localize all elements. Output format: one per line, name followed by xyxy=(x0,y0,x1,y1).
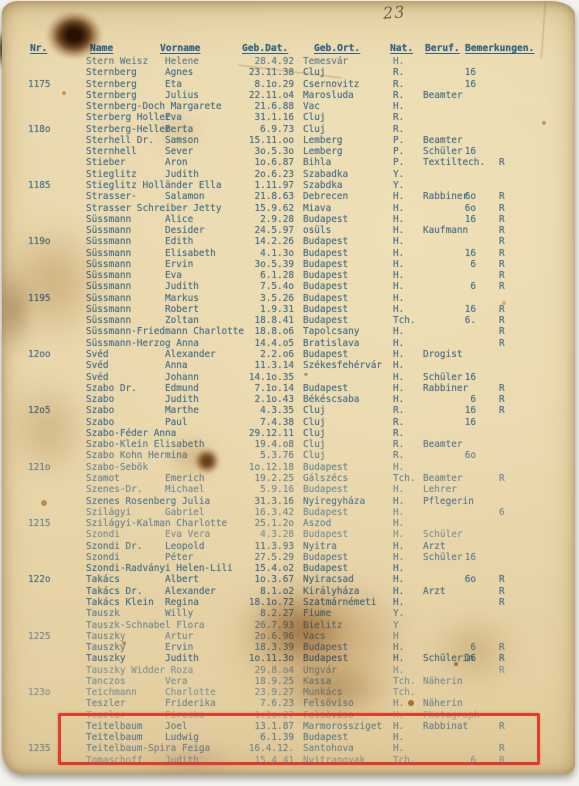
cell-b2: R xyxy=(499,248,505,259)
cell-nat: H. xyxy=(393,304,404,315)
cell-vorname: Judith xyxy=(165,281,199,292)
cell-name: Süssmann xyxy=(86,315,131,326)
cell-name: Süssmann-Herzog Anna xyxy=(86,338,199,349)
cell-ort: Budapest xyxy=(303,236,348,247)
cell-b1: 6o xyxy=(450,203,476,214)
cell-ort: Miava xyxy=(303,203,331,214)
header-nr: Nr. xyxy=(30,43,47,54)
cell-b2: R xyxy=(499,338,505,349)
cell-b2: R xyxy=(499,665,505,676)
cell-name: Süssmann xyxy=(86,214,131,225)
cell-nat: H. xyxy=(393,214,404,225)
cell-nr: 1175 xyxy=(28,79,68,90)
paper-sheet: 23 Nr. Name Vorname Geb.Dat. Geb.Ort. Na… xyxy=(2,1,575,774)
cell-dat: 16.3.42 xyxy=(228,507,294,518)
cell-nat: P. xyxy=(393,146,404,157)
cell-vorname: Péter xyxy=(165,552,193,563)
cell-ort: Tapolcsany xyxy=(303,326,359,337)
cell-ort: Budapest xyxy=(303,383,348,394)
cell-nat: H. xyxy=(393,372,404,383)
cell-b2: R xyxy=(499,326,505,337)
table-row: 1175SternbergEta8.1o.29CsernovitzR.16 xyxy=(2,79,575,90)
table-row: SzaboPaul7.4.38ClujR.16 xyxy=(2,417,575,428)
cell-beruf: Beamter xyxy=(423,90,463,101)
cell-name: Tauszk-Schnabel Flora xyxy=(86,620,205,631)
cell-ort: Cluj xyxy=(303,124,326,135)
table-row: Strasser Schreiber Jetty15.9.62MiavaH.6o… xyxy=(2,203,575,214)
cell-ort: Cluj xyxy=(303,112,326,123)
cell-name: Szenes Rosenberg Julia xyxy=(86,496,210,507)
cell-ort: Fiume xyxy=(303,608,331,619)
cell-dat: 29.8.o4 xyxy=(228,665,294,676)
cell-nat: H. xyxy=(393,563,404,574)
cell-dat: 15.4.o2 xyxy=(228,563,294,574)
cell-name: Sternberg xyxy=(86,90,137,101)
cell-b2: R xyxy=(499,214,505,225)
cell-nat: R. xyxy=(393,405,404,416)
cell-name: Szondi xyxy=(86,552,120,563)
cell-b2: R xyxy=(499,259,505,270)
cell-vorname: Marthe xyxy=(165,405,199,416)
cell-name: Sternberg xyxy=(86,67,137,78)
cell-name: Szabo-Féder Anna xyxy=(86,428,176,439)
cell-beruf: Kaufmann xyxy=(423,225,468,236)
cell-dat: 27.5.29 xyxy=(228,552,294,563)
table-row: SternbergJulius22.11.o4MarosludaR.Beamte… xyxy=(2,90,575,101)
cell-nat: H. xyxy=(393,484,404,495)
cell-nr: 123o xyxy=(28,687,68,698)
cell-dat: 2o.6.23 xyxy=(228,169,294,180)
cell-ort: Temesvár xyxy=(303,56,348,67)
cell-name: Takács Klein xyxy=(86,597,154,608)
table-row: SvédJohann14.1o.35"H.Schüler16 xyxy=(2,372,575,383)
cell-vorname: Sever xyxy=(165,146,193,157)
cell-nat: H. xyxy=(393,698,404,709)
table-row: StieglitzJudith2o.6.23SzabadkaY. xyxy=(2,169,575,180)
table-row: SüssmannAlice2.9.28BudapestH.16R xyxy=(2,214,575,225)
cell-dat: 2.1o.43 xyxy=(228,394,294,405)
cell-dat: 23.11.38 xyxy=(228,67,294,78)
cell-name: Strasser- xyxy=(86,191,137,202)
cell-dat: 5.9.16 xyxy=(228,484,294,495)
cell-b1: 16 xyxy=(450,653,476,664)
table-row: Süssmann-Friedmann Charlotte18.8.o6Tapol… xyxy=(2,326,575,337)
header-geb-dat: Geb.Dat. xyxy=(242,43,288,54)
cell-vorname: Johann xyxy=(165,372,199,383)
cell-ort: Budapest xyxy=(303,259,348,270)
cell-vorname: Edith xyxy=(165,236,193,247)
cell-nat: H. xyxy=(393,360,404,371)
cell-vorname: Eva Vera xyxy=(165,529,210,540)
header-name: Name xyxy=(90,43,113,54)
cell-ort: Lemberg xyxy=(303,146,343,157)
cell-vorname: Berta xyxy=(165,124,193,135)
cell-ort: Debrecen xyxy=(303,191,348,202)
cell-name: Süssmann xyxy=(86,304,131,315)
cell-ort: Cluj xyxy=(303,450,326,461)
cell-vorname: Artur xyxy=(165,631,193,642)
cell-name: Tauszky xyxy=(86,631,126,642)
cell-name: Stieglitz Holländer Ella xyxy=(86,180,221,191)
cell-ort: Budapest xyxy=(303,653,348,664)
table-row: SüssmannElisabeth4.1.3oBudapestH.16R xyxy=(2,248,575,259)
table-row: Szabo Dr.Edmund7.1o.14BudapestH.Rabbiner… xyxy=(2,383,575,394)
cell-dat: 3o.5.39 xyxy=(228,259,294,270)
cell-nat: H. xyxy=(393,225,404,236)
cell-nat: H. xyxy=(393,326,404,337)
header-bemerkungen: Bemerkungen. xyxy=(465,43,534,54)
cell-dat: 18.8.41 xyxy=(228,315,294,326)
red-highlight-box xyxy=(58,713,540,765)
cell-dat: 1o.3.67 xyxy=(228,574,294,585)
cell-name: Takács Dr. xyxy=(86,586,142,597)
cell-dat: 7.4.38 xyxy=(228,417,294,428)
cell-nat: R. xyxy=(393,112,404,123)
cell-dat: 1.9.31 xyxy=(228,304,294,315)
cell-vorname: Anna xyxy=(165,360,188,371)
cell-nat: H. xyxy=(393,281,404,292)
cell-name: Szabo xyxy=(86,405,114,416)
cell-dat: 8.2.27 xyxy=(228,608,294,619)
cell-ort: Budapest xyxy=(303,349,348,360)
cell-vorname: Judith xyxy=(165,169,199,180)
cell-dat: 1o.6.87 xyxy=(228,157,294,168)
cell-ort: Cluj xyxy=(303,439,326,450)
table-row: SüssmannErvin3o.5.39BudapestH.6R xyxy=(2,259,575,270)
cell-dat: 28.4.92 xyxy=(228,56,294,67)
cell-nat: H. xyxy=(393,642,404,653)
cell-dat: 14.1o.35 xyxy=(228,372,294,383)
cell-ort: Budapest xyxy=(303,642,348,653)
cell-vorname: Regina xyxy=(165,597,199,608)
table-row: 12ooSvédAlexander2.2.o6BudapestH.Drogist xyxy=(2,349,575,360)
table-row: SüssmannEva6.1.28BudapestH.R xyxy=(2,270,575,281)
cell-nat: H. xyxy=(393,462,404,473)
cell-beruf: Beamter xyxy=(423,439,463,450)
cell-name: Sterberg Holler xyxy=(86,112,171,123)
cell-b2: R xyxy=(499,383,505,394)
table-row: Tauszk-Schnabel Flora26.7.93BielitzY xyxy=(2,620,575,631)
cell-dat: 18.9.25 xyxy=(228,676,294,687)
cell-dat: 5.3.76 xyxy=(228,450,294,461)
cell-b1: 16 xyxy=(450,405,476,416)
cell-name: Sternberg-Doch Margarete xyxy=(86,101,221,112)
cell-name: Szilágyi-Kalman Charlotte xyxy=(86,518,227,529)
cell-vorname: Eta xyxy=(165,79,182,90)
cell-dat: 8.1o.29 xyxy=(228,79,294,90)
cell-name: Süssmann xyxy=(86,270,131,281)
cell-vorname: Alexander xyxy=(165,349,216,360)
cell-nat: H. xyxy=(393,496,404,507)
table-row: 122oTakácsAlbert1o.3.67NyiracsadH.6oR xyxy=(2,574,575,585)
cell-ort: Cluj xyxy=(303,67,326,78)
cell-name: Szondi Dr. xyxy=(86,541,142,552)
cell-dat: 24.5.97 xyxy=(228,225,294,236)
table-row: SüssmannJudith7.5.4oBudapestH.6R xyxy=(2,281,575,292)
cell-dat: 6.1.28 xyxy=(228,270,294,281)
cell-nat: H. xyxy=(393,552,404,563)
cell-name: Sterberg-Heller xyxy=(86,124,171,135)
cell-name: Tauszky xyxy=(86,653,126,664)
cell-b2: R xyxy=(499,586,505,597)
cell-vorname: Agnes xyxy=(165,67,193,78)
cell-nat: R. xyxy=(393,79,404,90)
table-header: Nr. Name Vorname Geb.Dat. Geb.Ort. Nat. … xyxy=(2,43,575,55)
cell-dat: 31.3.16 xyxy=(228,496,294,507)
cell-nat: H. xyxy=(393,56,404,67)
table-row: Sterberg HollerEva31.1.16ClujR. xyxy=(2,112,575,123)
table-row: TeszlerFriderika7.6.23FelsövisoH.Näherin xyxy=(2,698,575,709)
cell-name: Stieglitz xyxy=(86,169,137,180)
cell-name: Svéd xyxy=(86,360,109,371)
cell-nr: 122o xyxy=(28,574,68,585)
table-row: Tauszky Widder Roza29.8.o4UngvárH.R xyxy=(2,665,575,676)
cell-dat: 1o.12.18 xyxy=(228,462,294,473)
cell-nat: Y xyxy=(393,620,399,631)
cell-nat: R. xyxy=(393,417,404,428)
cell-name: Teszler xyxy=(86,698,126,709)
cell-name: Strasser Schreiber Jetty xyxy=(86,203,221,214)
cell-ort: Budapest xyxy=(303,484,348,495)
cell-nat: Y. xyxy=(393,169,404,180)
cell-beruf: Näherin xyxy=(423,698,463,709)
cell-beruf: Lehrer xyxy=(423,484,457,495)
cell-b2: R xyxy=(499,304,505,315)
cell-nr: 121o xyxy=(28,462,68,473)
cell-b1: 6 xyxy=(450,281,476,292)
cell-nat: H. xyxy=(393,383,404,394)
cell-nat: Tch. xyxy=(393,676,416,687)
cell-b2: R xyxy=(499,203,505,214)
cell-ort: Kassa xyxy=(303,676,331,687)
cell-dat: 1.11.97 xyxy=(228,180,294,191)
cell-vorname: Judith xyxy=(165,653,199,664)
cell-dat: 21.8.63 xyxy=(228,191,294,202)
cell-nr: 1215 xyxy=(28,518,68,529)
cell-dat: 14.4.o5 xyxy=(228,338,294,349)
cell-name: Tauszky Widder Roza xyxy=(86,665,193,676)
cell-ort: Nyiregyháza xyxy=(303,496,365,507)
cell-ort: Budapest xyxy=(303,270,348,281)
cell-b1: 6o xyxy=(450,450,476,461)
cell-name: Szabo xyxy=(86,417,114,428)
cell-name: Sternberg xyxy=(86,79,137,90)
cell-nat: H. xyxy=(393,394,404,405)
table-row: SzaboJudith2.1o.43BékéscsabaH.6R xyxy=(2,394,575,405)
cell-dat: 22.11.o4 xyxy=(228,90,294,101)
cell-ort: osüls xyxy=(303,225,331,236)
cell-b2: R xyxy=(499,642,505,653)
cell-ort: Vacs xyxy=(303,631,326,642)
cell-name: Szondi xyxy=(86,529,120,540)
header-nat: Nat. xyxy=(390,43,413,54)
cell-dat: 19.2.25 xyxy=(228,473,294,484)
cell-nat: H. xyxy=(393,236,404,247)
cell-nat: R. xyxy=(393,90,404,101)
cell-ort: Budapest xyxy=(303,507,348,518)
cell-name: Szabo-Sebök xyxy=(86,462,148,473)
cell-dat: 11.3.93 xyxy=(228,541,294,552)
cell-b2: R xyxy=(499,315,505,326)
cell-nat: H. xyxy=(393,248,404,259)
cell-nat: H. xyxy=(393,293,404,304)
cell-vorname: Aron xyxy=(165,157,188,168)
cell-ort: Bratislava xyxy=(303,338,359,349)
table-row: SzilágyiGabriel16.3.42BudapestH.6 xyxy=(2,507,575,518)
cell-dat: 2.2.o6 xyxy=(228,349,294,360)
cell-nat: H. xyxy=(393,191,404,202)
cell-ort: Aszod xyxy=(303,518,331,529)
cell-b2: R xyxy=(499,191,505,202)
cell-name: Szondi-Radványi Helen-Lili xyxy=(86,563,233,574)
cell-nat: H. xyxy=(393,101,404,112)
cell-ort: Nyiracsad xyxy=(303,574,354,585)
cell-vorname: Friderika xyxy=(165,698,216,709)
cell-ort: Lemberg xyxy=(303,135,343,146)
cell-nat: R. xyxy=(393,67,404,78)
cell-b1: 16 xyxy=(450,248,476,259)
table-row: Szabo-Féder Anna29.12.11ClujR. xyxy=(2,428,575,439)
cell-vorname: Markus xyxy=(165,293,199,304)
cell-b1: 6o xyxy=(450,574,476,585)
cell-nr: 1225 xyxy=(28,631,68,642)
cell-dat: 19.4.o8 xyxy=(228,439,294,450)
cell-ort: Szatmárnémeti xyxy=(303,597,376,608)
cell-b2: R xyxy=(499,270,505,281)
cell-b1: 6. xyxy=(450,315,476,326)
cell-b2: R xyxy=(499,394,505,405)
table-row: SzondiEva Vera4.3.28BudapestH.Schüler xyxy=(2,529,575,540)
cell-b2: R xyxy=(499,236,505,247)
table-row: SternhellSever3o.5.3oLembergP.Schüler16 xyxy=(2,146,575,157)
cell-nat: H. xyxy=(393,518,404,529)
cell-beruf: Schüler xyxy=(423,529,463,540)
cell-beruf: Arzt xyxy=(423,541,446,552)
table-row: SüssmannRobert1.9.31BudapestH.16R xyxy=(2,304,575,315)
cell-ort: Budapest xyxy=(303,281,348,292)
cell-name: Süssmann xyxy=(86,225,131,236)
cell-nat: H. xyxy=(393,597,404,608)
table-row: TauszkyJudith1o.11.3oBudapestH.Schülerin… xyxy=(2,653,575,664)
cell-dat: 18.3.39 xyxy=(228,642,294,653)
table-row: 123oTeichmannCharlotte23.9.27MunkácsTch. xyxy=(2,687,575,698)
table-row: SüssmannDesider24.5.97osülsH.KaufmannR xyxy=(2,225,575,236)
cell-name: Svéd xyxy=(86,349,109,360)
cell-b1: 16 xyxy=(450,372,476,383)
table-row: 1215Szilágyi-Kalman Charlotte25.1.2oAszo… xyxy=(2,518,575,529)
cell-vorname: Ervin xyxy=(165,259,193,270)
cell-b2: R xyxy=(499,405,505,416)
cell-vorname: Elisabeth xyxy=(165,248,216,259)
cell-beruf: Drogist xyxy=(423,349,463,360)
cell-name: Takács xyxy=(86,574,120,585)
table-row: 1185Stieglitz Holländer Ella1.11.97Szabd… xyxy=(2,180,575,191)
cell-ort: Szabdka xyxy=(303,180,343,191)
cell-nr: 1185 xyxy=(28,180,68,191)
cell-vorname: Helene xyxy=(165,56,199,67)
cell-b2: R xyxy=(499,281,505,292)
cell-ort: Budapest xyxy=(303,563,348,574)
table-row: Szabo-Klein Elisabeth19.4.o8ClujR.Beamte… xyxy=(2,439,575,450)
cell-dat: 31.1.16 xyxy=(228,112,294,123)
cell-ort: Bihla xyxy=(303,157,331,168)
cell-vorname: Desider xyxy=(165,225,205,236)
cell-dat: 7.1o.14 xyxy=(228,383,294,394)
table-row: Stern WeiszHelene28.4.92TemesvárH. xyxy=(2,56,575,67)
cell-nat: H. xyxy=(393,653,404,664)
cell-ort: Szabadka xyxy=(303,169,348,180)
cell-vorname: Charlotte xyxy=(165,687,216,698)
cell-dat: 14.2.26 xyxy=(228,236,294,247)
cell-ort: Budapest xyxy=(303,552,348,563)
cell-vorname: Ervin xyxy=(165,642,193,653)
cell-vorname: Robert xyxy=(165,304,199,315)
cell-nr: 1195 xyxy=(28,293,68,304)
cell-ort: Cluj xyxy=(303,428,326,439)
cell-b1: 6 xyxy=(450,394,476,405)
cell-vorname: Michael xyxy=(165,484,205,495)
cell-vorname: Alice xyxy=(165,214,193,225)
cell-dat: 18.1o.72 xyxy=(228,597,294,608)
cell-dat: 8.1.o2 xyxy=(228,586,294,597)
cell-ort: Budapest xyxy=(303,214,348,225)
cell-dat: 21.6.88 xyxy=(228,101,294,112)
cell-name: Süssmann xyxy=(86,236,131,247)
cell-b1: 16 xyxy=(450,417,476,428)
cell-vorname: Eva xyxy=(165,112,182,123)
cell-b1: 6 xyxy=(450,259,476,270)
cell-nat: Y. xyxy=(393,608,404,619)
table-row: Sterhell Dr.Samson15.11.ooLembergP.Beamt… xyxy=(2,135,575,146)
cell-ort: Budapest xyxy=(303,304,348,315)
cell-vorname: Paul xyxy=(165,417,188,428)
cell-nat: H. xyxy=(393,665,404,676)
cell-ort: Bielitz xyxy=(303,620,343,631)
cell-vorname: Gabriel xyxy=(165,507,205,518)
cell-b2: R xyxy=(499,157,505,168)
table-row: SüssmannZoltan18.8.41BudapestTch.6.R xyxy=(2,315,575,326)
cell-name: Svéd xyxy=(86,372,109,383)
table-row: SternbergAgnes23.11.38ClujR.16 xyxy=(2,67,575,78)
cell-nat: Tch. xyxy=(393,473,416,484)
table-row: Szenes-Dr.Michael5.9.16BudapestH.Lehrer xyxy=(2,484,575,495)
cell-b1: 6 xyxy=(450,642,476,653)
header-vorname: Vorname xyxy=(160,43,200,54)
cell-ort: Marosluda xyxy=(303,90,354,101)
cell-b2: R xyxy=(499,574,505,585)
cell-beruf: Rabbiner xyxy=(423,383,468,394)
cell-name: Sternhell xyxy=(86,146,137,157)
cell-dat: 7.5.4o xyxy=(228,281,294,292)
cell-nat: H. xyxy=(393,574,404,585)
cell-nat: P. xyxy=(393,135,404,146)
cell-name: Stern Weisz xyxy=(86,56,148,67)
cell-name: Süssmann-Friedmann Charlotte xyxy=(86,326,244,337)
cell-dat: 7.6.23 xyxy=(228,698,294,709)
cell-nat: H. xyxy=(393,259,404,270)
cell-ort: Munkács xyxy=(303,687,343,698)
cell-b2: R xyxy=(499,597,505,608)
cell-nat: P. xyxy=(393,157,404,168)
cell-ort: Budapest xyxy=(303,248,348,259)
cell-dat: 26.7.93 xyxy=(228,620,294,631)
cell-nat: H xyxy=(393,631,399,642)
table-row: 1225TauszkyArtur2o.6.96VacsH xyxy=(2,631,575,642)
table-row: TanczosVera18.9.25KassaTch.Näherin xyxy=(2,676,575,687)
cell-ort: " xyxy=(303,372,309,383)
cell-ort: Székesfehérvár xyxy=(303,360,382,371)
cell-ort: Cluj xyxy=(303,417,326,428)
